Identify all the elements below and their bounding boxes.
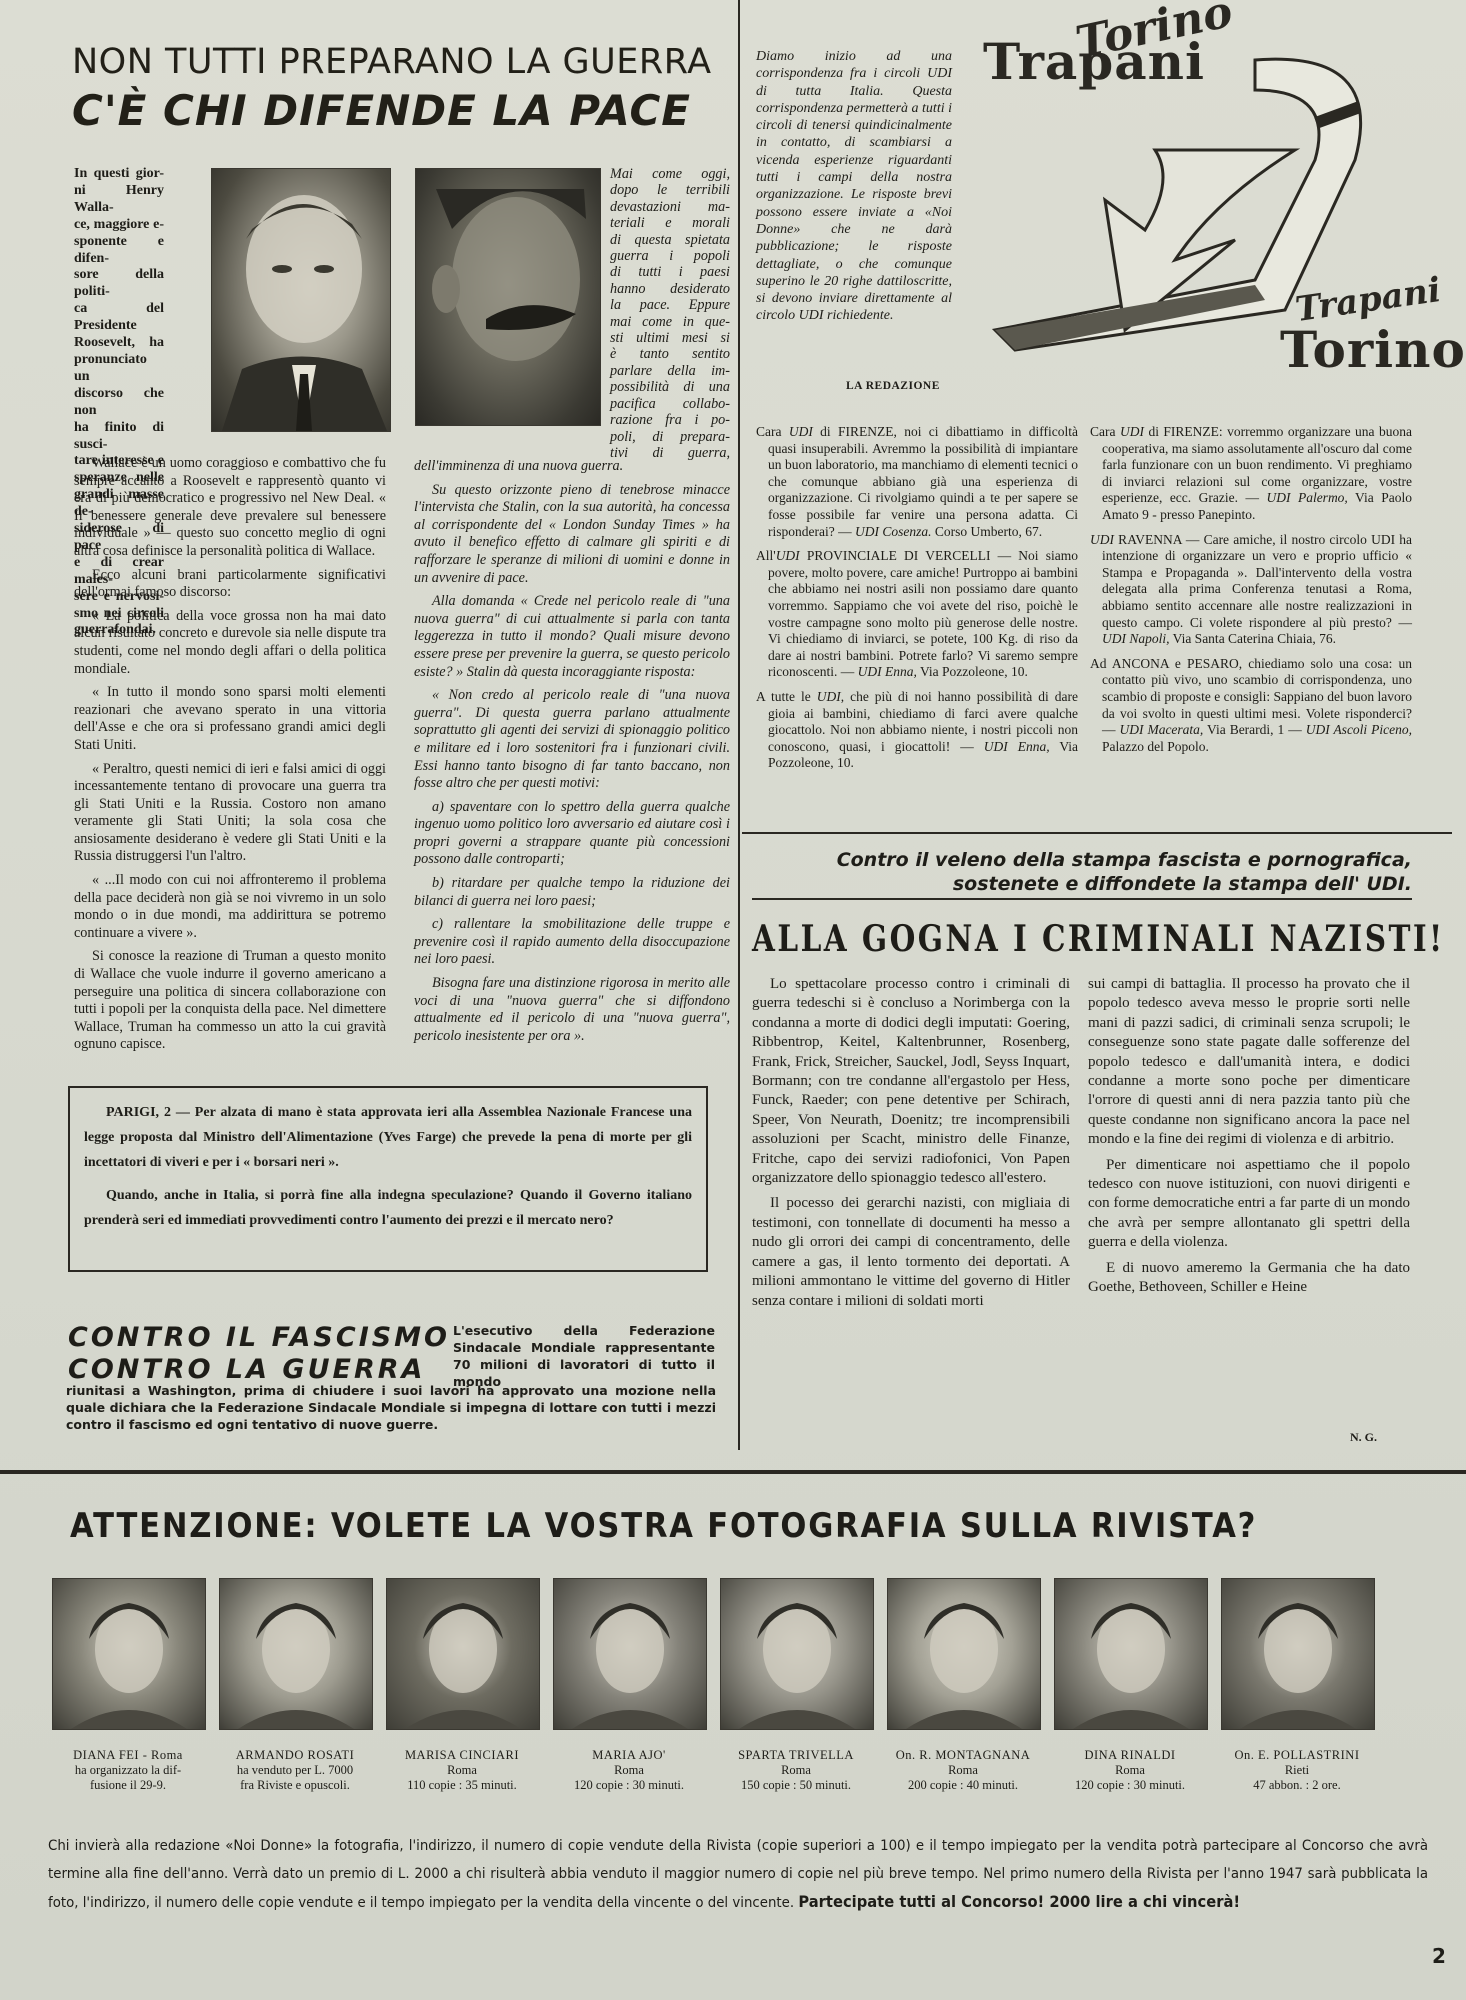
caption-line3: 110 copie : 35 minuti.	[386, 1778, 538, 1793]
fascism-title-1: CONTRO IL FASCISMO	[68, 1322, 450, 1353]
banner-divider	[752, 898, 1412, 900]
text-line: sti ultimi mesi si	[610, 330, 730, 346]
person-photo	[887, 1578, 1041, 1730]
portrait-icon	[387, 1579, 539, 1729]
text-line: devastazioni ma-	[610, 199, 730, 215]
letter-rest: Via Berardi, 1 —	[1203, 722, 1305, 737]
text-line: pronunciato un	[74, 352, 164, 386]
caption-line3: 120 copie : 30 minuti.	[1054, 1778, 1206, 1793]
text-line: poli, di prepara-	[610, 429, 730, 445]
paragraph: « La politica della voce grossa non ha m…	[74, 608, 386, 678]
person-photo	[386, 1578, 540, 1730]
paragraph: « In tutto il mondo sono sparsi molti el…	[74, 684, 386, 754]
paragraph: Ecco alcuni brani particolarmente signif…	[74, 567, 386, 602]
caption-line3: fusione il 29-9.	[52, 1778, 204, 1793]
contest-cta: Partecipate tutti al Concorso! 2000 lire…	[798, 1892, 1240, 1911]
letter: Ad ANCONA e PESARO, chiediamo solo una c…	[1090, 656, 1412, 756]
person-caption: ARMANDO ROSATIha venduto per L. 7000fra …	[219, 1748, 371, 1793]
letter-udi: UDI	[789, 424, 813, 439]
paragraph: dell'imminenza di una nuova guerra.	[414, 458, 730, 476]
text-line: hanno desiderato	[610, 281, 730, 297]
stalin-photo	[415, 168, 601, 426]
caption-line2: Rieti	[1221, 1763, 1373, 1778]
paragraph: Alla domanda « Crede nel pericolo reale …	[414, 593, 730, 681]
text-line: guerra i popoli	[610, 248, 730, 264]
letter-udi: UDI	[817, 689, 841, 704]
letter: All'UDI PROVINCIALE DI VERCELLI — Noi si…	[756, 548, 1078, 681]
letter-sign: UDI Palermo,	[1266, 490, 1347, 505]
letter-sign: UDI Enna,	[858, 664, 917, 679]
letter-sign: UDI Cosenza.	[855, 524, 932, 539]
logo-trapani-top: Trapani	[983, 32, 1205, 91]
fascism-side-text: L'esecutivo della Federazione Sindacale …	[453, 1322, 715, 1390]
paragraph: a) spaventare con lo spettro della guerr…	[414, 799, 730, 869]
caption-line2: Roma	[386, 1763, 538, 1778]
contest-person: MARIA AJO'Roma120 copie : 30 minuti.	[553, 1578, 713, 1793]
letter-addr: Via Santa Caterina Chiaia, 76.	[1170, 631, 1337, 646]
paris-p2: Quando, anche in Italia, si porrà fine a…	[84, 1183, 692, 1233]
nazi-article-right: sui campi di battaglia. Il processo ha p…	[1088, 975, 1410, 1304]
text-line: di questa spietata	[610, 232, 730, 248]
letter-lead: Cara	[1090, 424, 1120, 439]
caption-line2: Roma	[553, 1763, 705, 1778]
paragraph: c) rallentare la smobilitazione delle tr…	[414, 916, 730, 969]
text-line: mai come in que-	[610, 314, 730, 330]
paragraph: « Non credo al pericolo reale di "una nu…	[414, 687, 730, 793]
letter-sign: UDI Ascoli Piceno,	[1306, 722, 1412, 737]
portrait-icon	[53, 1579, 205, 1729]
nazi-article-title: ALLA GOGNA I CRIMINALI NAZISTI!	[752, 918, 1445, 960]
contest-person: On. R. MONTAGNANARoma200 copie : 40 minu…	[887, 1578, 1047, 1793]
nazi-article-signature: N. G.	[1350, 1430, 1377, 1445]
text-line: ni Henry Walla-	[74, 183, 164, 217]
contest-person: DIANA FEI - Romaha organizzato la dif-fu…	[52, 1578, 212, 1793]
paragraph: Bisogna fare una distinzione rigorosa in…	[414, 975, 730, 1045]
portrait-man-icon	[416, 169, 600, 425]
paragraph: « Peraltro, questi nemici di ieri e fals…	[74, 761, 386, 867]
contest-body: Chi invierà alla redazione «Noi Donne» l…	[48, 1832, 1428, 1917]
portrait-icon	[888, 1579, 1040, 1729]
text-line: dopo le terribili	[610, 182, 730, 198]
paragraph: Wallace è un uomo coraggioso e combattiv…	[74, 455, 386, 561]
caption-name: SPARTA TRIVELLA	[720, 1748, 872, 1763]
person-photo	[219, 1578, 373, 1730]
text-line: discorso che non	[74, 386, 164, 420]
paragraph: E di nuovo ameremo la Germania che ha da…	[1088, 1259, 1410, 1298]
torino-trapani-logo: Torino Trapani Trapani Torino	[955, 0, 1455, 410]
magazine-page: NON TUTTI PREPARANO LA GUERRA C'È CHI DI…	[0, 0, 1466, 2000]
contest-person: DINA RINALDIRoma120 copie : 30 minuti.	[1054, 1578, 1214, 1793]
text-line: teriali e morali	[610, 215, 730, 231]
letter-rest: PROVINCIALE DI VERCELLI — Noi siamo pove…	[768, 548, 1078, 679]
letter-udi: UDI	[1120, 424, 1144, 439]
text-line: pacifica collabo-	[610, 396, 730, 412]
letter-lead: Cara	[756, 424, 789, 439]
person-photo	[553, 1578, 707, 1730]
text-line: è tanto sentito	[610, 346, 730, 362]
portrait-icon	[220, 1579, 372, 1729]
redazione-signature: LA REDAZIONE	[846, 380, 940, 392]
caption-line3: 200 copie : 40 minuti.	[887, 1778, 1039, 1793]
letter-udi: UDI	[1090, 532, 1114, 547]
letter-addr: Via Pozzoleone, 10.	[917, 664, 1028, 679]
contest-person: ARMANDO ROSATIha venduto per L. 7000fra …	[219, 1578, 379, 1793]
letter-udi: UDI	[776, 548, 800, 563]
person-photo	[52, 1578, 206, 1730]
paragraph: Per dimenticare noi aspettiamo che il po…	[1088, 1156, 1410, 1253]
nazi-article-left: Lo spettacolare processo contro i crimin…	[752, 975, 1070, 1317]
caption-name: DINA RINALDI	[1054, 1748, 1206, 1763]
letter: Cara UDI di FIRENZE, noi ci dibattiamo i…	[756, 424, 1078, 540]
portrait-man-icon	[212, 169, 390, 431]
section-rule	[0, 1470, 1466, 1474]
column-divider	[738, 0, 740, 1450]
letter: Cara UDI di FIRENZE: vorremmo organizzar…	[1090, 424, 1412, 524]
headline-line2: C'È CHI DIFENDE LA PACE	[72, 86, 732, 135]
text-line: Roosevelt, ha	[74, 335, 164, 352]
text-line: razione fra i po-	[610, 412, 730, 428]
logo-torino-bottom: Torino	[1280, 320, 1466, 379]
fascism-body-text: riunitasi a Washington, prima di chiuder…	[66, 1382, 716, 1433]
contest-title: ATTENZIONE: VOLETE LA VOSTRA FOTOGRAFIA …	[70, 1506, 1257, 1546]
wallace-body: Wallace è un uomo coraggioso e combattiv…	[74, 455, 386, 1060]
text-line: di tutti i paesi	[610, 264, 730, 280]
text-line: la pace. Eppure	[610, 297, 730, 313]
person-caption: On. E. POLLASTRINIRieti47 abbon. : 2 ore…	[1221, 1748, 1373, 1793]
text-line: possibilità di una	[610, 379, 730, 395]
caption-name: MARISA CINCIARI	[386, 1748, 538, 1763]
caption-line2: ha organizzato la dif-	[52, 1763, 204, 1778]
letter-sign: UDI Napoli,	[1102, 631, 1170, 646]
caption-line2: ha venduto per L. 7000	[219, 1763, 371, 1778]
udi-correspondence-intro: Diamo inizio ad una corrispondenza fra i…	[756, 48, 952, 325]
text-line: In questi gior-	[74, 166, 164, 183]
letter-rest: RAVENNA — Care amiche, il nostro circolo…	[1102, 532, 1412, 630]
text-line: Mai come oggi,	[610, 166, 730, 182]
paris-p1: — Per alzata di mano è stata approvata i…	[84, 1105, 692, 1170]
text-line: ha finito di susci-	[74, 420, 164, 454]
contest-person: On. E. POLLASTRINIRieti47 abbon. : 2 ore…	[1221, 1578, 1381, 1793]
paragraph: Su questo orizzonte pieno di tenebrose m…	[414, 482, 730, 588]
page-number: 2	[1432, 1944, 1446, 1968]
stalin-intro: Mai come oggi,dopo le terribilidevastazi…	[610, 166, 730, 461]
person-photo	[1054, 1578, 1208, 1730]
contest-person: MARISA CINCIARIRoma110 copie : 35 minuti…	[386, 1578, 546, 1793]
letters-column-right: Cara UDI di FIRENZE: vorremmo organizzar…	[1090, 424, 1412, 763]
caption-line3: 150 copie : 50 minuti.	[720, 1778, 872, 1793]
caption-name: MARIA AJO'	[553, 1748, 705, 1763]
person-caption: MARIA AJO'Roma120 copie : 30 minuti.	[553, 1748, 705, 1793]
text-line: sponente e difen-	[74, 234, 164, 268]
text-line: sore della politi-	[74, 267, 164, 301]
caption-line3: 47 abbon. : 2 ore.	[1221, 1778, 1373, 1793]
letter-lead: All'	[756, 548, 776, 563]
letters-column-left: Cara UDI di FIRENZE, noi ci dibattiamo i…	[756, 424, 1078, 780]
wallace-photo	[211, 168, 391, 432]
caption-line2: Roma	[720, 1763, 872, 1778]
letter-sign: UDI Enna,	[984, 739, 1050, 754]
paragraph: « ...Il modo con cui noi affronteremo il…	[74, 872, 386, 942]
portrait-icon	[554, 1579, 706, 1729]
letter-addr: Palazzo del Popolo.	[1102, 739, 1209, 754]
caption-line3: 120 copie : 30 minuti.	[553, 1778, 705, 1793]
caption-line2: Roma	[1054, 1763, 1206, 1778]
caption-line3: fra Riviste e opuscoli.	[219, 1778, 371, 1793]
caption-name: DIANA FEI - Roma	[52, 1748, 204, 1763]
letter: UDI RAVENNA — Care amiche, il nostro cir…	[1090, 532, 1412, 648]
paragraph: b) ritardare per qualche tempo la riduzi…	[414, 875, 730, 910]
caption-name: On. E. POLLASTRINI	[1221, 1748, 1373, 1763]
person-caption: MARISA CINCIARIRoma110 copie : 35 minuti…	[386, 1748, 538, 1793]
contest-person: SPARTA TRIVELLARoma150 copie : 50 minuti…	[720, 1578, 880, 1793]
fascism-title-2: CONTRO LA GUERRA	[68, 1354, 425, 1385]
headline-line1: NON TUTTI PREPARANO LA GUERRA	[72, 42, 732, 82]
paris-news-box: PARIGI, 2 — Per alzata di mano è stata a…	[68, 1086, 708, 1272]
text-line: ca del Presidente	[74, 301, 164, 335]
paragraph: Lo spettacolare processo contro i crimin…	[752, 975, 1070, 1188]
letter: A tutte le UDI, che più di noi hanno pos…	[756, 689, 1078, 772]
person-caption: On. R. MONTAGNANARoma200 copie : 40 minu…	[887, 1748, 1039, 1793]
letters-divider	[742, 832, 1452, 834]
person-photo	[720, 1578, 874, 1730]
person-caption: SPARTA TRIVELLARoma150 copie : 50 minuti…	[720, 1748, 872, 1793]
person-photo	[1221, 1578, 1375, 1730]
paragraph: sui campi di battaglia. Il processo ha p…	[1088, 975, 1410, 1150]
paragraph: Il pocesso dei gerarchi nazisti, con mig…	[752, 1194, 1070, 1310]
portrait-icon	[1222, 1579, 1374, 1729]
person-caption: DIANA FEI - Romaha organizzato la dif-fu…	[52, 1748, 204, 1793]
letter-rest: di FIRENZE, noi ci dibattiamo in diffico…	[768, 424, 1078, 539]
paris-dateline: PARIGI, 2	[106, 1105, 171, 1120]
caption-name: ARMANDO ROSATI	[219, 1748, 371, 1763]
letter-udi: UDI Macerata,	[1119, 722, 1203, 737]
person-caption: DINA RINALDIRoma120 copie : 30 minuti.	[1054, 1748, 1206, 1793]
caption-name: On. R. MONTAGNANA	[887, 1748, 1039, 1763]
portrait-icon	[721, 1579, 873, 1729]
caption-line2: Roma	[887, 1763, 1039, 1778]
paragraph: Si conosce la reazione di Truman a quest…	[74, 948, 386, 1054]
letter-addr: Corso Umberto, 67.	[931, 524, 1042, 539]
stalin-body: dell'imminenza di una nuova guerra.Su qu…	[414, 458, 730, 1051]
text-line: parlare della im-	[610, 363, 730, 379]
text-line: ce, maggiore e-	[74, 217, 164, 234]
press-banner: Contro il veleno della stampa fascista e…	[760, 848, 1412, 896]
portrait-icon	[1055, 1579, 1207, 1729]
letter-lead: A tutte le	[756, 689, 817, 704]
